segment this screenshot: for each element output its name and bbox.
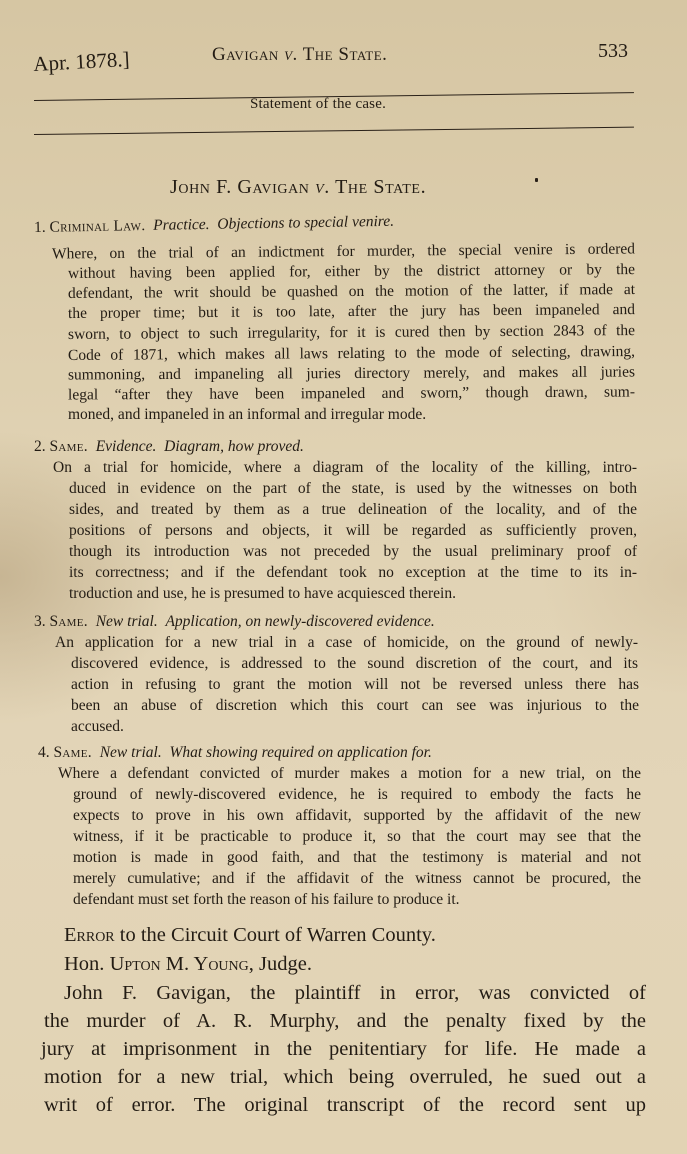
ink-speck bbox=[535, 178, 538, 182]
headnote-point: Diagram, how proved. bbox=[164, 438, 304, 455]
statement-line: motion for a new trial, which being over… bbox=[44, 1064, 646, 1091]
headnote-topic: Same. bbox=[50, 438, 88, 455]
page-number: 533 bbox=[598, 40, 628, 63]
headnote-number: 4. bbox=[38, 744, 50, 761]
headnote-subtopic: Practice. bbox=[153, 216, 210, 234]
headnote-number: 1. bbox=[34, 219, 46, 236]
running-head-title-defendant: . The State. bbox=[293, 44, 388, 65]
case-title: John F. Gavigan v. The State. bbox=[170, 176, 426, 199]
headnote-line: ground of newly-discovered evidence, he … bbox=[73, 785, 641, 805]
headnote-topic: Same. bbox=[54, 744, 92, 761]
headnote-line: sworn, to object to such irregularity, f… bbox=[68, 321, 635, 345]
headnote-line: its correctness; and if the defendant to… bbox=[69, 563, 637, 583]
running-head-title: Gavigan v. The State. bbox=[212, 44, 387, 66]
headnote-number: 2. bbox=[34, 438, 46, 455]
headnote-line: though its introduction was not preceded… bbox=[69, 542, 637, 562]
court-line: Error to the Circuit Court of Warren Cou… bbox=[64, 922, 436, 949]
case-title-plaintiff: John F. Gavigan bbox=[170, 176, 315, 198]
headnote-point: Objections to special venire. bbox=[217, 213, 394, 233]
headnote-line: witness, if it be practicable to produce… bbox=[73, 827, 641, 847]
headnote-line: moned, and impaneled in an informal and … bbox=[68, 405, 635, 425]
statement-line: John F. Gavigan, the plaintiff in error,… bbox=[64, 980, 646, 1007]
running-head-title-plaintiff: Gavigan bbox=[212, 44, 284, 65]
headnote-subtopic: New trial. bbox=[96, 613, 158, 630]
headnote-line: merely cumulative; and if the affidavit … bbox=[73, 869, 641, 889]
bottom-rule bbox=[34, 127, 634, 135]
error-word: Error bbox=[64, 924, 115, 946]
headnote-line: positions of persons and objects, it wil… bbox=[69, 521, 637, 541]
headnote-line: defendant must set forth the reason of h… bbox=[73, 890, 641, 910]
judge-line: Hon. Upton M. Young, Judge. bbox=[64, 951, 312, 978]
headnote-subtopic: New trial. bbox=[100, 744, 162, 761]
headnote-line: legal “after they have been impaneled an… bbox=[68, 383, 635, 406]
judge-title: , Judge. bbox=[249, 953, 312, 975]
headnote-line: the proper time; but it is too late, aft… bbox=[68, 300, 635, 324]
judge-name: Upton M. Young bbox=[110, 953, 249, 975]
headnote-line: duced in evidence on the part of the sta… bbox=[69, 479, 637, 499]
headnote-topic: Criminal Law. bbox=[49, 217, 145, 236]
court-name: to the Circuit Court of Warren County. bbox=[115, 924, 436, 946]
headnote-topic: Same. bbox=[50, 613, 88, 630]
headnote-line: troduction and use, he is presumed to ha… bbox=[69, 584, 637, 604]
headnote-line: motion is made in good faith, and that t… bbox=[73, 848, 641, 868]
running-head-date: Apr. 1878.] bbox=[33, 47, 130, 77]
headnote-heading: 1. Criminal Law. Practice. Objections to… bbox=[34, 212, 394, 238]
section-label: Statement of the case. bbox=[250, 96, 386, 113]
headnote-line: been an abuse of discretion which this c… bbox=[71, 696, 639, 716]
headnote-point: What showing required on application for… bbox=[169, 744, 431, 761]
case-title-defendant: . The State. bbox=[324, 176, 426, 198]
headnote-line: An application for a new trial in a case… bbox=[55, 633, 638, 653]
headnote-subtopic: Evidence. bbox=[96, 438, 157, 455]
headnote-line: summoning, and impaneling all juries dir… bbox=[68, 363, 635, 386]
headnote-line: discovered evidence, is addressed to the… bbox=[71, 654, 638, 674]
book-page: Apr. 1878.] Gavigan v. The State. 533 St… bbox=[0, 0, 687, 1154]
headnote-line: accused. bbox=[71, 717, 639, 737]
running-head: Apr. 1878.] Gavigan v. The State. 533 bbox=[0, 0, 687, 80]
headnote-heading: 2. Same. Evidence. Diagram, how proved. bbox=[34, 437, 304, 457]
headnote-line: On a trial for homicide, where a diagram… bbox=[53, 458, 637, 478]
headnote-line: expects to prove in his own affidavit, s… bbox=[73, 806, 641, 826]
headnote-heading: 3. Same. New trial. Application, on newl… bbox=[34, 612, 435, 632]
headnote-line: Where a defendant convicted of murder ma… bbox=[58, 764, 641, 784]
headnote-line: sides, and treated by them as a true del… bbox=[69, 500, 637, 520]
running-head-title-versus: v bbox=[284, 44, 292, 65]
headnote-heading: 4. Same. New trial. What showing require… bbox=[38, 743, 432, 763]
statement-line: writ of error. The original transcript o… bbox=[44, 1092, 646, 1119]
case-title-versus: v bbox=[315, 176, 324, 198]
statement-line: jury at imprisonment in the penitentiary… bbox=[41, 1036, 646, 1063]
headnote-line: action in refusing to grant the motion w… bbox=[71, 675, 639, 695]
judge-honorific: Hon. bbox=[64, 953, 110, 975]
headnote-number: 3. bbox=[34, 613, 46, 630]
statement-line: the murder of A. R. Murphy, and the pena… bbox=[44, 1008, 646, 1035]
headnote-point: Application, on newly-discovered evidenc… bbox=[165, 613, 434, 630]
